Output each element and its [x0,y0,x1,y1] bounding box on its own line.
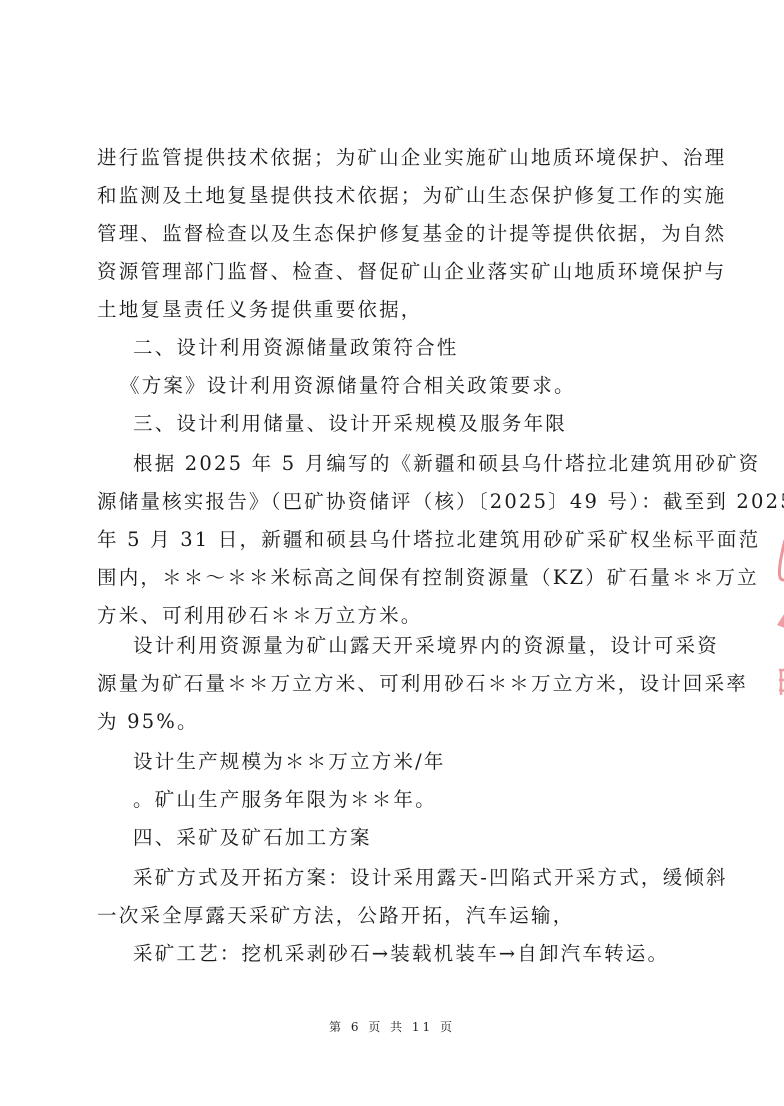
text-line: 围内，＊＊～＊＊米标高之间保有控制资源量（KZ）矿石量＊＊万立 [97,566,759,590]
text-line: 源量为矿石量＊＊万立方米、可利用砂石＊＊万立方米，设计回采率 [97,672,748,696]
red-seal-stamp-fragment [765,520,784,720]
text-line: 管理、监督检查以及生态保护修复基金的计提等提供依据，为自然 [97,222,726,246]
text-line: 为 95%。 [97,710,199,734]
text-line: 设计生产规模为＊＊万立方米/年 [133,750,446,774]
text-line: 一次采全厚露天采矿方法，公路开拓，汽车运输， [97,904,574,928]
text-line: 源储量核实报告》（巴矿协资储评（核）〔2025〕49 号）：截至到 2025 [97,490,784,514]
text-line: 采矿方式及开拓方案：设计采用露天-凹陷式开采方式，缓倾斜 [133,866,728,890]
text-line: 土地复垦责任义务提供重要依据， [97,298,423,322]
text-line: 年 5 月 31 日，新疆和硕县乌什塔拉北建筑用砂矿采矿权坐标平面范 [97,528,760,552]
text-line: 方米、可利用砂石＊＊万立方米。 [97,604,423,628]
text-line: 设计利用资源量为矿山露天开采境界内的资源量，设计可采资 [133,634,719,658]
text-line: 和监测及土地复垦提供技术依据；为矿山生态保护修复工作的实施 [97,184,726,208]
text-line: 采矿工艺：挖机采剥砂石→装载机装车→自卸汽车转运。 [133,942,669,966]
page-footer: 第 6 页 共 11 页 [0,1018,784,1035]
text-line: 资源管理部门监督、检查、督促矿山企业落实矿山地质环境保护与 [97,260,726,284]
text-line: 《方案》设计利用资源储量符合相关政策要求。 [120,374,576,398]
text-line: 进行监管提供技术依据；为矿山企业实施矿山地质环境保护、治理 [97,146,726,170]
section-heading: 三、设计利用储量、设计开采规模及服务年限 [133,412,567,436]
document-page: 进行监管提供技术依据；为矿山企业实施矿山地质环境保护、治理和监测及土地复垦提供技… [0,0,784,1106]
section-heading: 四、采矿及矿石加工方案 [133,826,372,850]
text-line: 根据 2025 年 5 月编写的《新疆和硕县乌什塔拉北建筑用砂矿资 [133,452,760,476]
section-heading: 二、设计利用资源储量政策符合性 [133,336,459,360]
text-line: 。矿山生产服务年限为＊＊年。 [133,788,437,812]
